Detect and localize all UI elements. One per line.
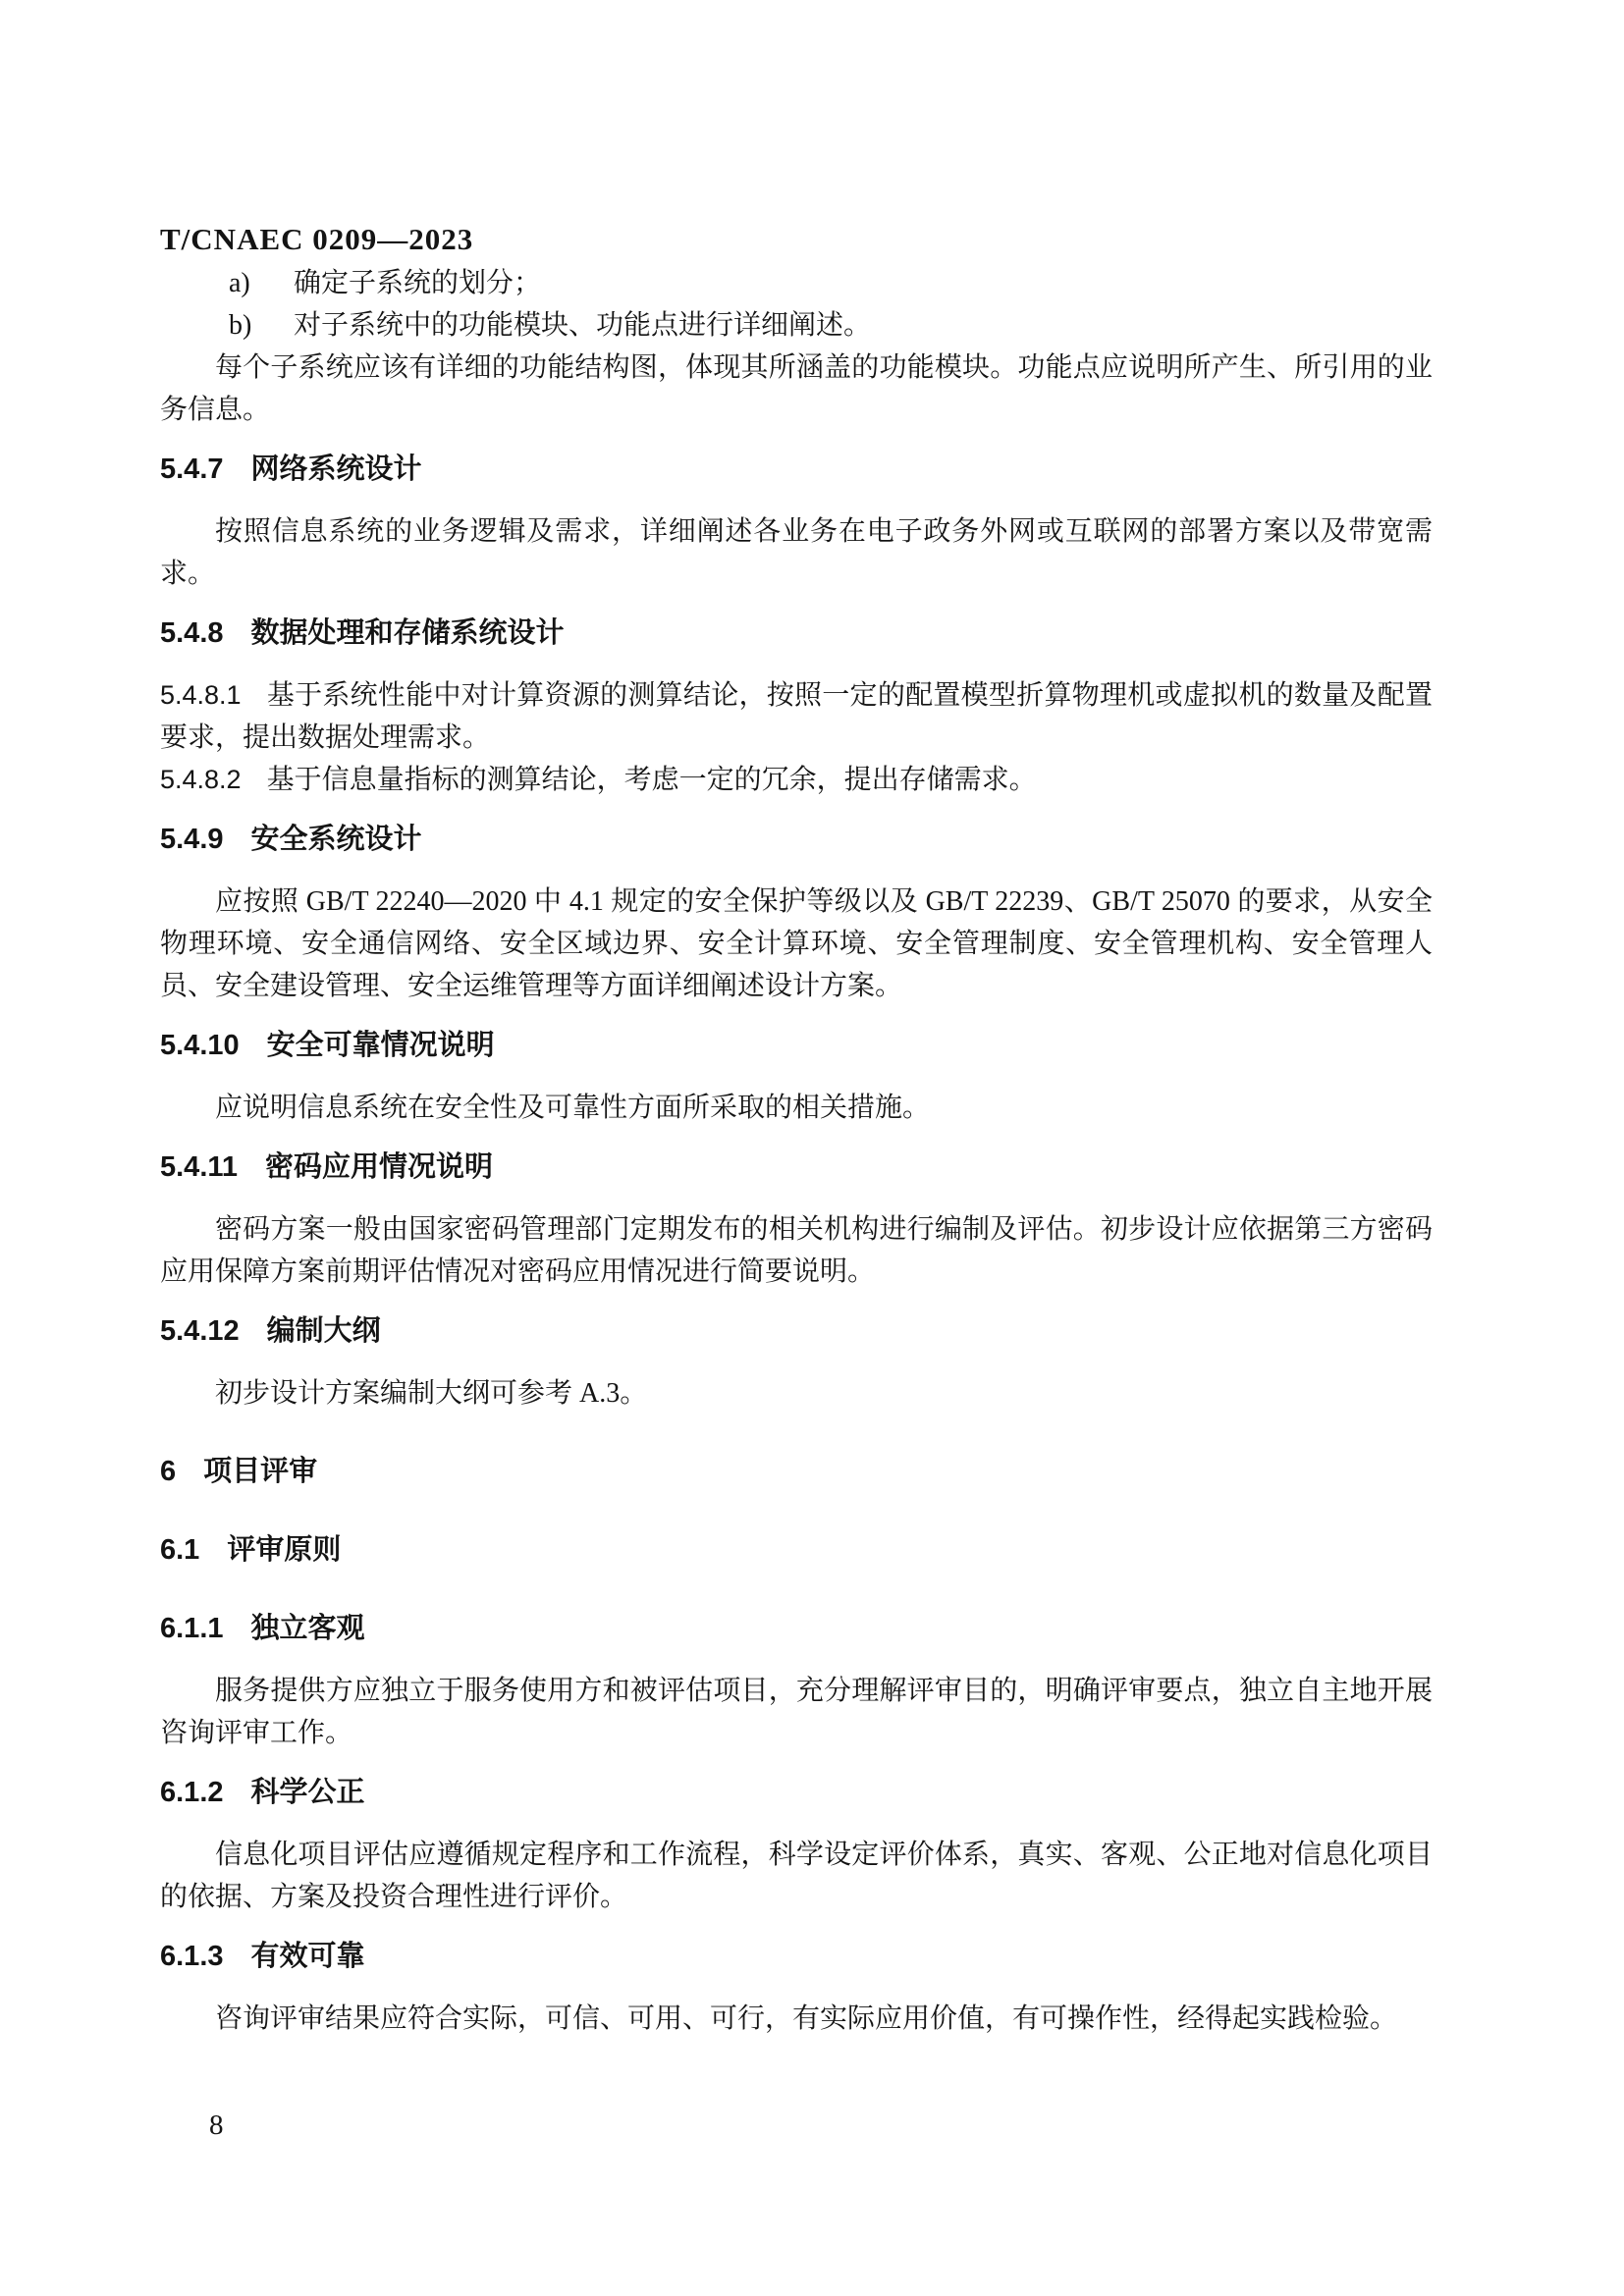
section-heading-5-4-7: 5.4.7网络系统设计 xyxy=(160,449,1433,491)
heading-number: 5.4.11 xyxy=(160,1151,238,1183)
paragraph-independence: 服务提供方应独立于服务使用方和被评估项目，充分理解评审目的，明确评审要点，独立自… xyxy=(160,1670,1433,1754)
paragraph-reliability: 应说明信息系统在安全性及可靠性方面所采取的相关措施。 xyxy=(160,1087,1433,1129)
heading-number: 5.4.12 xyxy=(160,1315,240,1347)
clause-text: 基于信息量指标的测算结论，考虑一定的冗余，提出存储需求。 xyxy=(267,765,1037,795)
section-heading-5-4-8: 5.4.8数据处理和存储系统设计 xyxy=(160,613,1433,655)
heading-title: 密码应用情况说明 xyxy=(265,1151,493,1183)
clause-number: 5.4.8.2 xyxy=(160,765,242,794)
list-item-label: b) xyxy=(229,304,294,347)
paragraph-subsystem-structure: 每个子系统应该有详细的功能结构图，体现其所涵盖的功能模块。功能点应说明所产生、所… xyxy=(160,347,1433,431)
paragraph-outline-reference: 初步设计方案编制大纲可参考 A.3。 xyxy=(160,1372,1433,1415)
section-heading-6-1-2: 6.1.2科学公正 xyxy=(160,1772,1433,1814)
list-item-b: b)对子系统中的功能模块、功能点进行详细阐述。 xyxy=(160,304,1433,347)
paragraph-scientific-fairness: 信息化项目评估应遵循规定程序和工作流程，科学设定评价体系，真实、客观、公正地对信… xyxy=(160,1834,1433,1918)
heading-title: 评审原则 xyxy=(227,1534,341,1566)
list-item-text: 确定子系统的划分； xyxy=(294,268,541,298)
heading-number: 5.4.7 xyxy=(160,454,224,485)
chapter-heading-6: 6项目评审 xyxy=(160,1451,1433,1493)
section-heading-5-4-12: 5.4.12编制大纲 xyxy=(160,1310,1433,1353)
heading-title: 科学公正 xyxy=(251,1777,365,1808)
heading-title: 数据处理和存储系统设计 xyxy=(251,617,565,649)
paragraph-security-design: 应按照 GB/T 22240—2020 中 4.1 规定的安全保护等级以及 GB… xyxy=(160,881,1433,1007)
section-heading-5-4-9: 5.4.9安全系统设计 xyxy=(160,819,1433,861)
heading-title: 安全系统设计 xyxy=(251,824,422,855)
document-page: T/CNAEC 0209—2023 a)确定子系统的划分； b)对子系统中的功能… xyxy=(0,0,1624,2296)
list-item-a: a)确定子系统的划分； xyxy=(160,262,1433,304)
heading-number: 6.1.3 xyxy=(160,1941,224,1972)
paragraph-effectiveness: 咨询评审结果应符合实际，可信、可用、可行，有实际应用价值，有可操作性，经得起实践… xyxy=(160,1998,1433,2040)
heading-title: 有效可靠 xyxy=(251,1941,365,1972)
paragraph-network-design: 按照信息系统的业务逻辑及需求，详细阐述各业务在电子政务外网或互联网的部署方案以及… xyxy=(160,510,1433,595)
doc-number: T/CNAEC 0209—2023 xyxy=(160,218,1433,260)
heading-title: 编制大纲 xyxy=(267,1315,381,1347)
heading-number: 6.1.2 xyxy=(160,1777,224,1808)
heading-title: 项目评审 xyxy=(203,1456,317,1487)
heading-number: 5.4.8 xyxy=(160,617,224,649)
clause-text: 基于系统性能中对计算资源的测算结论，按照一定的配置模型折算物理机或虚拟机的数量及… xyxy=(160,680,1433,753)
heading-number: 6.1.1 xyxy=(160,1613,224,1644)
list-item-label: a) xyxy=(229,262,294,304)
heading-title: 独立客观 xyxy=(251,1613,365,1644)
heading-number: 6 xyxy=(160,1456,176,1487)
page-number: 8 xyxy=(209,2105,224,2147)
section-heading-5-4-10: 5.4.10安全可靠情况说明 xyxy=(160,1025,1433,1067)
section-heading-5-4-11: 5.4.11密码应用情况说明 xyxy=(160,1147,1433,1189)
section-heading-6-1-3: 6.1.3有效可靠 xyxy=(160,1936,1433,1978)
heading-number: 5.4.9 xyxy=(160,824,224,855)
clause-number: 5.4.8.1 xyxy=(160,680,242,710)
numbered-clause-5-4-8-2: 5.4.8.2基于信息量指标的测算结论，考虑一定的冗余，提出存储需求。 xyxy=(160,759,1433,801)
numbered-clause-5-4-8-1: 5.4.8.1基于系统性能中对计算资源的测算结论，按照一定的配置模型折算物理机或… xyxy=(160,674,1433,759)
heading-title: 安全可靠情况说明 xyxy=(267,1030,495,1061)
heading-number: 6.1 xyxy=(160,1534,199,1566)
list-item-text: 对子系统中的功能模块、功能点进行详细阐述。 xyxy=(294,310,871,341)
section-heading-6-1-1: 6.1.1独立客观 xyxy=(160,1608,1433,1650)
section-heading-6-1: 6.1评审原则 xyxy=(160,1529,1433,1572)
page-content: T/CNAEC 0209—2023 a)确定子系统的划分； b)对子系统中的功能… xyxy=(160,218,1433,2040)
heading-title: 网络系统设计 xyxy=(251,454,422,485)
heading-number: 5.4.10 xyxy=(160,1030,240,1061)
paragraph-crypto-application: 密码方案一般由国家密码管理部门定期发布的相关机构进行编制及评估。初步设计应依据第… xyxy=(160,1208,1433,1293)
